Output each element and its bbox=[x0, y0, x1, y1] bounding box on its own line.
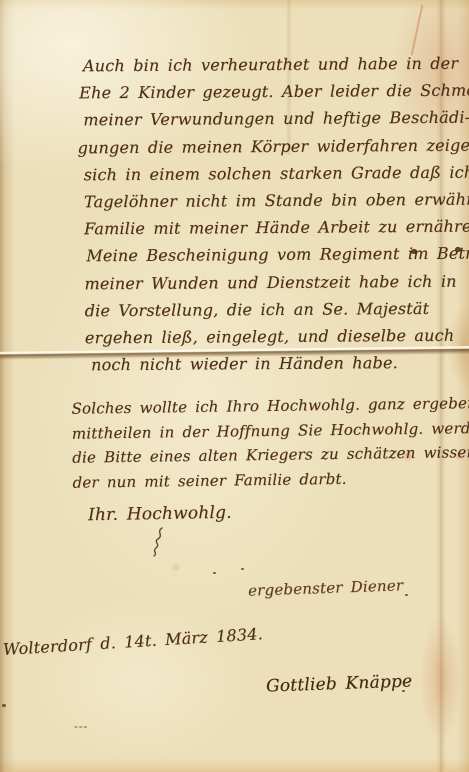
letter-body-paragraph-2: Solches wollte ich Ihro Hochwohlg. ganz … bbox=[71, 391, 458, 494]
letter-line: Meine Bescheinigung vom Regiment im Betr… bbox=[86, 240, 454, 270]
letter-line: meiner Verwundungen und heftige Beschädi… bbox=[83, 104, 453, 134]
pen-flourish-icon bbox=[146, 527, 168, 557]
letter-line: ergehen ließ, eingelegt, und dieselbe au… bbox=[85, 322, 455, 352]
letter-line: noch nicht wieder in Händen habe. bbox=[91, 349, 455, 379]
ink-speck bbox=[241, 568, 244, 570]
letter-line: Auch bin ich verheurathet und habe in de… bbox=[83, 50, 453, 80]
letter-line: gungen die meinen Körper widerfahren zei… bbox=[77, 131, 453, 161]
letter-line: die Vorstellung, die ich an Se. Majestät bbox=[85, 295, 455, 325]
ink-speck bbox=[405, 594, 408, 596]
letter-line: Familie mit meiner Hände Arbeit zu ernäh… bbox=[84, 213, 454, 243]
letter-line: meiner Wunden und Dienstzeit habe ich in bbox=[84, 267, 454, 297]
letter-line: Ehe 2 Kinder gezeugt. Aber leider die Sc… bbox=[79, 77, 453, 107]
closing-salutation: Ihr. Hochwohlg. bbox=[88, 503, 232, 526]
bottom-dash-mark: --- bbox=[74, 720, 88, 733]
ink-speck bbox=[213, 572, 216, 574]
ink-speck bbox=[2, 704, 6, 707]
letter-line: sich in einem solchen starken Grade daß … bbox=[84, 159, 454, 189]
letter-line: Tagelöhner nicht im Stande bin oben erwä… bbox=[84, 186, 454, 216]
scanned-letter-page: Auch bin ich verheurathet und habe in de… bbox=[0, 0, 469, 772]
letter-body-paragraph-1: Auch bin ich verheurathet und habe in de… bbox=[83, 50, 455, 379]
